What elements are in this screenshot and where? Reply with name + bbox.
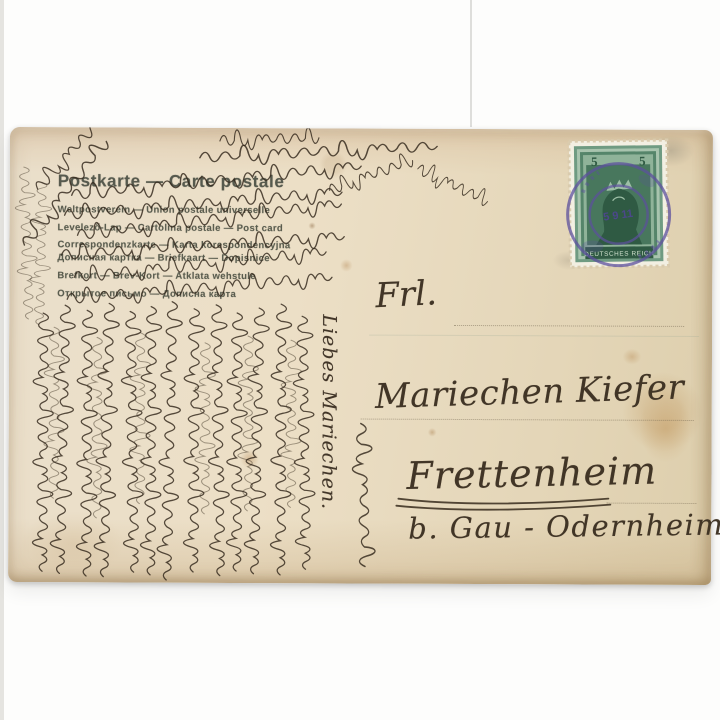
address-rule-line [361,419,694,421]
postcard-title: Postkarte — Carte postale [58,171,285,192]
age-stain [8,503,138,584]
header-line: Дописная картка — Briefkaart — Dopisnice [57,252,270,264]
denomination-left: 5 [591,154,598,169]
address-district: b. Gau - Odernheim. [408,507,720,545]
header-line: Weltpostverein — Union postale universel… [58,204,271,216]
address-town: Frettenheim [406,449,658,498]
age-stain [236,446,262,472]
address-salutation: Frl. [374,273,437,316]
scanner-edge-strip [0,0,4,720]
age-stain [427,427,438,438]
scan-artifact-line [470,0,472,127]
postcard-scan: Postkarte — Carte postale Weltpostverein… [0,0,720,720]
message-greeting: Liebes Mariechen. [317,314,340,510]
address-name: Mariechen Kiefer [374,368,685,417]
age-stain [308,221,317,230]
address-rule-line [454,325,684,327]
denomination-right: 5 [639,153,646,168]
header-line: Correspondenzkarte — Karta korespondency… [57,239,290,251]
age-stain [619,346,645,368]
address-rule-line [606,503,696,504]
address-rule-line [369,335,699,337]
printed-header: Postkarte — Carte postale Weltpostverein… [58,171,285,192]
postage-stamp: 5 5 DEUTSCHES REICH 5 9 11 [554,134,685,285]
postcard-back: Postkarte — Carte postale Weltpostverein… [8,127,713,585]
header-line: Открытое письмо — Дописна карта [57,288,236,300]
postage-stamp-area: 5 5 DEUTSCHES REICH 5 9 11 [554,134,685,285]
age-stain [337,256,355,274]
header-line: Brefkort — Brev-Kort — Atklata wehstule [57,270,256,282]
header-line: Levelező-Lap — Cartolina postale — Post … [58,222,284,234]
